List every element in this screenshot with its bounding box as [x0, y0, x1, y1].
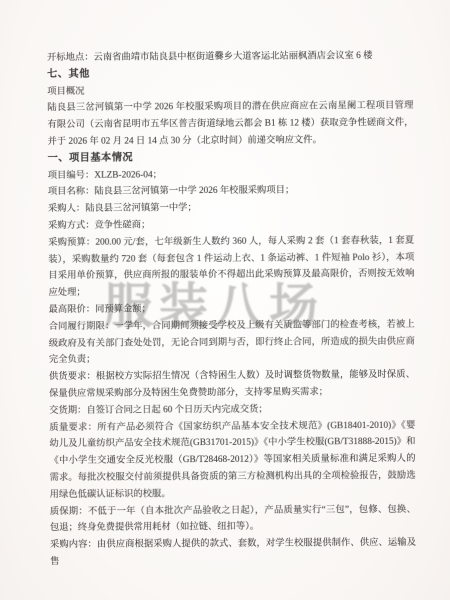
- overview-paragraph: 陆良县三岔河镇第一中学 2026 年校服采购项目的潜在供应商应在云南星阑工程项目…: [47, 98, 413, 151]
- procurement-content-line: 采购内容：由供应商根据采购人提供的款式、套数，对学生校服提供制作、供应、运输及售: [50, 535, 416, 571]
- quality-requirements-line: 质量要求：所有产品必须符合《国家纺织产品基本安全技术规范》(GB18401-20…: [49, 417, 416, 503]
- scanned-document-page: 服装八场 开标地点：云南省曲靖市陆良县中枢街道爨乡大道客运北站丽枫酒店会议室 6…: [0, 0, 450, 600]
- contract-term-line: 合同履行期限：一学年，合同期间须接受学校及上级有关质监等部门的检查考核，若被上级…: [49, 317, 415, 370]
- warranty-period-line: 质保期：不低于一年（自本批次产品验收之日起），产品质量实行“三包”，包修、包换、…: [50, 501, 416, 537]
- document-body: 开标地点：云南省曲靖市陆良县中枢街道爨乡大道客运北站丽枫酒店会议室 6 楼 七、…: [47, 48, 416, 571]
- bid-opening-location-line: 开标地点：云南省曲靖市陆良县中枢街道爨乡大道客运北站丽枫酒店会议室 6 楼: [47, 48, 413, 67]
- supply-requirements-line: 供货要求：根据校方实际招生情况（含特困生人数）及时调整货物数量，能够及时保质、保…: [49, 367, 415, 403]
- procurement-budget-line: 采购预算：200.00 元/套，七年级新生人数约 360 人，每人采购 2 套（…: [48, 233, 414, 302]
